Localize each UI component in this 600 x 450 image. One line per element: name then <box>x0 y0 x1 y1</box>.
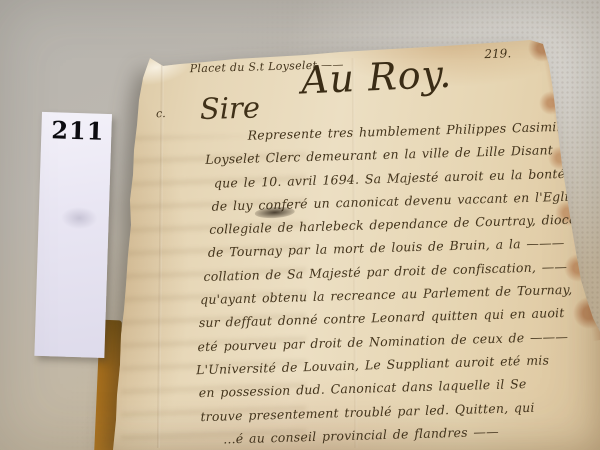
document-title: Au Roy. <box>300 52 453 103</box>
manuscript-page: Placet du S.t Loyselet —— 219. Au Roy. c… <box>95 28 600 450</box>
archive-label-number: 211 <box>41 112 112 146</box>
page-number: 219. <box>484 46 511 61</box>
photo-scene: Placet du S.t Loyselet —— 219. Au Roy. c… <box>0 0 600 450</box>
margin-mark: c. <box>156 107 166 120</box>
handwriting-block: Placet du S.t Loyselet —— 219. Au Roy. c… <box>92 21 600 450</box>
body-text: Represente tres humblement Philippes Cas… <box>184 118 600 450</box>
manuscript-page-wrap: Placet du S.t Loyselet —— 219. Au Roy. c… <box>95 28 600 450</box>
salutation: Sire <box>199 90 260 126</box>
archive-label-strip: 211 <box>34 112 112 358</box>
